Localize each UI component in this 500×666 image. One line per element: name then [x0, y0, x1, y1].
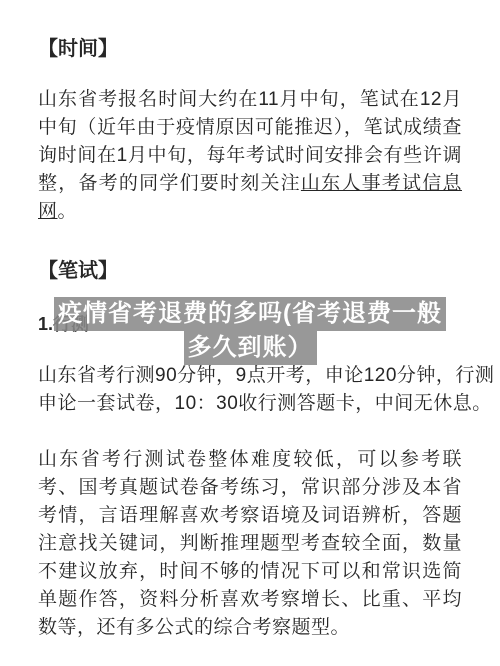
exam-time-text-end: 。: [58, 201, 78, 222]
xingce-schedule-line-2: 申论一套试卷，10：30收行测答题卡，中间无休息。: [38, 390, 462, 418]
overlay-title-line2: 多久到账）: [184, 331, 317, 365]
paragraph-xingce-schedule: 山东省考行测90分钟，9点开考，申论120分钟，行测 申论一套试卷，10：30收…: [38, 362, 462, 418]
paragraph-exam-time: 山东省考报名时间大约在11月中旬，笔试在12月中旬（近年由于疫情原因可能推迟），…: [38, 86, 462, 226]
article-page: 【时间】 山东省考报名时间大约在11月中旬，笔试在12月中旬（近年由于疫情原因可…: [0, 0, 500, 666]
paragraph-xingce-difficulty: 山东省考行测试卷整体难度较低，可以参考联考、国考真题试卷备考练习，常识部分涉及本…: [38, 446, 462, 642]
xingce-schedule-line-1: 山东省考行测90分钟，9点开考，申论120分钟，行测: [38, 362, 462, 390]
section-heading-written-test: 【笔试】: [38, 258, 462, 284]
section-heading-time: 【时间】: [38, 36, 462, 62]
subsection-heading-xingce: 1.行测: [38, 312, 462, 336]
